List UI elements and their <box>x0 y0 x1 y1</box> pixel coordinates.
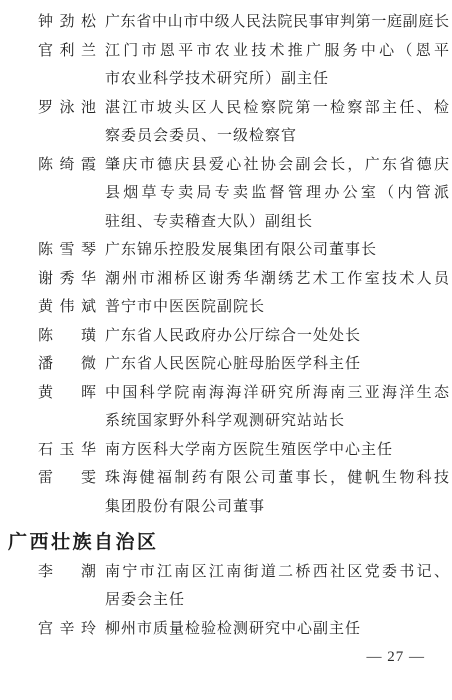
title-line: 普宁市中医医院副院长 <box>105 293 449 322</box>
person-name: 潘微 <box>38 350 96 379</box>
title-line: 广东省人民医院心脏母胎医学科主任 <box>105 350 449 379</box>
title-line: 居委会主任 <box>105 586 449 615</box>
list-item: 黄伟斌 普宁市中医医院副院长 <box>0 293 452 322</box>
list-item: 黄晖 中国科学院南海海洋研究所海南三亚海洋生态 系统国家野外科学观测研究站站长 <box>0 379 452 436</box>
title-line: 南方医科大学南方医院生殖医学中心主任 <box>105 436 449 465</box>
list-item: 陈璜 广东省人民政府办公厅综合一处处长 <box>0 322 452 351</box>
list-item: 钟劲松 广东省中山市中级人民法院民事审判第一庭副庭长 <box>0 8 452 37</box>
title-line: 市农业科学技术研究所）副主任 <box>105 65 449 94</box>
person-name: 宫辛玲 <box>38 615 96 644</box>
person-title: 珠海健福制药有限公司董事长，健帆生物科技 集团股份有限公司董事 <box>105 464 449 521</box>
person-title: 柳州市质量检验检测研究中心副主任 <box>105 615 449 644</box>
person-title: 广东省中山市中级人民法院民事审判第一庭副庭长 <box>105 8 449 37</box>
person-name: 李潮 <box>38 558 96 587</box>
list-item: 李潮 南宁市江南区江南街道二桥西社区党委书记、 居委会主任 <box>0 558 452 615</box>
person-name: 钟劲松 <box>38 8 96 37</box>
person-name: 陈璜 <box>38 322 96 351</box>
title-line: 广东省人民政府办公厅综合一处处长 <box>105 322 449 351</box>
region-header: 广西壮族自治区 <box>8 529 452 558</box>
list-item: 潘微 广东省人民医院心脏母胎医学科主任 <box>0 350 452 379</box>
person-title: 广东锦乐控股发展集团有限公司董事长 <box>105 236 449 265</box>
person-title: 江门市恩平市农业技术推广服务中心（恩平 市农业科学技术研究所）副主任 <box>105 37 449 94</box>
person-name: 石玉华 <box>38 436 96 465</box>
title-line: 柳州市质量检验检测研究中心副主任 <box>105 615 449 644</box>
list-item: 雷雯 珠海健福制药有限公司董事长，健帆生物科技 集团股份有限公司董事 <box>0 464 452 521</box>
list-item: 罗泳池 湛江市坡头区人民检察院第一检察部主任、检 察委员会委员、一级检察官 <box>0 94 452 151</box>
person-title: 广东省人民政府办公厅综合一处处长 <box>105 322 449 351</box>
list-item: 宫辛玲 柳州市质量检验检测研究中心副主任 <box>0 615 452 644</box>
title-line: 肇庆市德庆县爱心社协会副会长，广东省德庆 <box>105 151 449 180</box>
person-name: 雷雯 <box>38 464 96 493</box>
title-line: 潮州市湘桥区谢秀华潮绣艺术工作室技术人员 <box>105 265 449 294</box>
page-number: — 27 — <box>0 646 452 668</box>
person-title: 潮州市湘桥区谢秀华潮绣艺术工作室技术人员 <box>105 265 449 294</box>
person-title: 广东省人民医院心脏母胎医学科主任 <box>105 350 449 379</box>
title-line: 县烟草专卖局专卖监督管理办公室（内管派 <box>105 179 449 208</box>
title-line: 广东省中山市中级人民法院民事审判第一庭副庭长 <box>105 8 449 37</box>
title-line: 广东锦乐控股发展集团有限公司董事长 <box>105 236 449 265</box>
person-name: 陈雪琴 <box>38 236 96 265</box>
person-title: 湛江市坡头区人民检察院第一检察部主任、检 察委员会委员、一级检察官 <box>105 94 449 151</box>
title-line: 中国科学院南海海洋研究所海南三亚海洋生态 <box>105 379 449 408</box>
list-item: 谢秀华 潮州市湘桥区谢秀华潮绣艺术工作室技术人员 <box>0 265 452 294</box>
person-name: 官利兰 <box>38 37 96 66</box>
person-title: 南宁市江南区江南街道二桥西社区党委书记、 居委会主任 <box>105 558 449 615</box>
title-line: 江门市恩平市农业技术推广服务中心（恩平 <box>105 37 449 66</box>
title-line: 南宁市江南区江南街道二桥西社区党委书记、 <box>105 558 449 587</box>
person-title: 肇庆市德庆县爱心社协会副会长，广东省德庆 县烟草专卖局专卖监督管理办公室（内管派… <box>105 151 449 237</box>
person-title: 普宁市中医医院副院长 <box>105 293 449 322</box>
title-line: 集团股份有限公司董事 <box>105 493 449 522</box>
title-line: 察委员会委员、一级检察官 <box>105 122 449 151</box>
person-name: 谢秀华 <box>38 265 96 294</box>
person-title: 中国科学院南海海洋研究所海南三亚海洋生态 系统国家野外科学观测研究站站长 <box>105 379 449 436</box>
document-page: 钟劲松 广东省中山市中级人民法院民事审判第一庭副庭长 官利兰 江门市恩平市农业技… <box>0 0 452 700</box>
person-name: 黄晖 <box>38 379 96 408</box>
title-line: 系统国家野外科学观测研究站站长 <box>105 407 449 436</box>
list-item: 陈雪琴 广东锦乐控股发展集团有限公司董事长 <box>0 236 452 265</box>
title-line: 湛江市坡头区人民检察院第一检察部主任、检 <box>105 94 449 123</box>
list-item: 陈绮霞 肇庆市德庆县爱心社协会副会长，广东省德庆 县烟草专卖局专卖监督管理办公室… <box>0 151 452 237</box>
person-title: 南方医科大学南方医院生殖医学中心主任 <box>105 436 449 465</box>
list-item: 石玉华 南方医科大学南方医院生殖医学中心主任 <box>0 436 452 465</box>
title-line: 珠海健福制药有限公司董事长，健帆生物科技 <box>105 464 449 493</box>
person-name: 陈绮霞 <box>38 151 96 180</box>
person-name: 罗泳池 <box>38 94 96 123</box>
person-name: 黄伟斌 <box>38 293 96 322</box>
list-item: 官利兰 江门市恩平市农业技术推广服务中心（恩平 市农业科学技术研究所）副主任 <box>0 37 452 94</box>
title-line: 驻组、专卖稽查大队）副组长 <box>105 208 449 237</box>
